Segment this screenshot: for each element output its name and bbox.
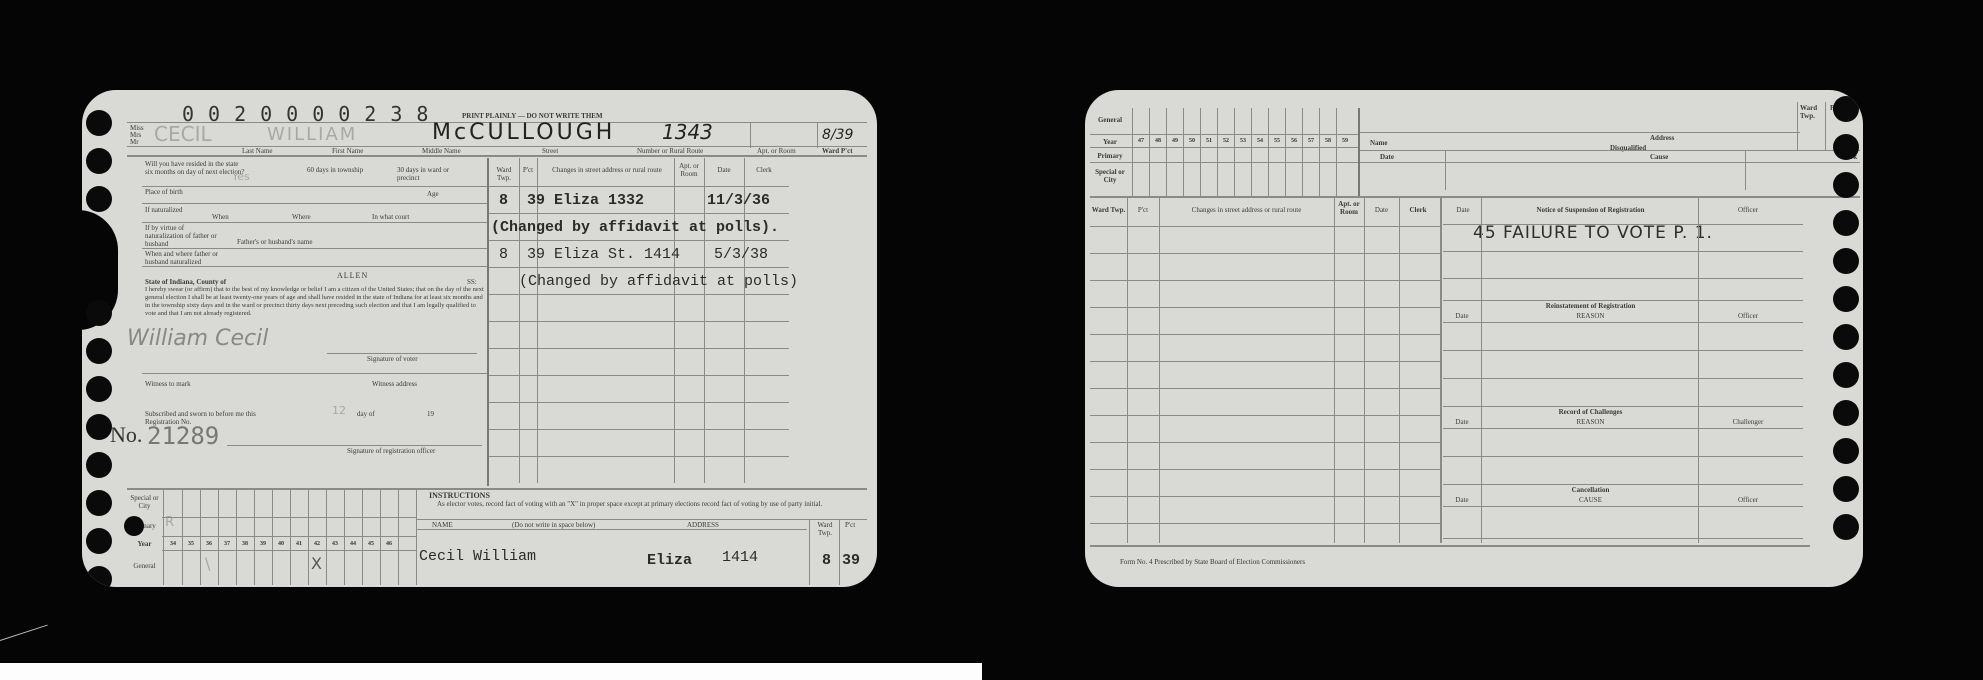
officer-signature-label: Signature of registration officer (347, 447, 435, 455)
year-54: 54 (1253, 138, 1267, 144)
year-41: 41 (291, 541, 307, 547)
voting-record-grid: Special or City Primary Year General R 3… (127, 490, 417, 585)
ward-label: Ward P'ct (822, 147, 853, 155)
stub-pct-label: P'ct (845, 521, 855, 529)
change-row-3-date: 5/3/38 (714, 246, 768, 263)
back-name-label: Name (1370, 139, 1388, 147)
punch-hole (86, 148, 112, 174)
when-label: When (212, 213, 229, 221)
year-49: 49 (1168, 138, 1182, 144)
voter-info-section: Will you have resided in the state six m… (127, 158, 487, 483)
ward-pct-handwritten: 8/39 (822, 127, 853, 143)
by-virtue-label: If by virtue of naturalization of father… (145, 224, 220, 248)
when-where-father-label: When and where father or husband natural… (145, 250, 235, 266)
year-35: 35 (183, 541, 199, 547)
punch-hole (1833, 324, 1859, 350)
back-cause-label: Cause (1650, 153, 1668, 161)
punch-hole (86, 338, 112, 364)
stub-pct: 39 (842, 552, 860, 569)
subscribed-label: Subscribed and sworn to before me this (145, 410, 256, 418)
back-ward-label: Ward Twp. (1800, 104, 1824, 120)
back-voting-grid: General Year Primary Special or City 47 … (1090, 108, 1360, 196)
back-row-general: General (1090, 116, 1130, 124)
state-county-label: State of Indiana, County of (145, 278, 226, 286)
change-row-1-address: 39 Eliza 1332 (527, 192, 644, 209)
house-number-handwritten: 1343 (662, 120, 713, 144)
suspension-col-notice: Notice of Suspension of Registration (1483, 206, 1698, 214)
year-36: 36 (201, 541, 217, 547)
suspension-col-officer: Officer (1698, 206, 1798, 214)
row-general: General (127, 562, 162, 570)
stub-voter-name: Cecil William (419, 548, 536, 565)
row-special: Special or City (127, 494, 162, 510)
year-50: 50 (1185, 138, 1199, 144)
apt-label: Apt. or Room (757, 147, 796, 155)
year-56: 56 (1287, 138, 1301, 144)
back-address-label: Address (1650, 134, 1674, 142)
punch-hole (86, 376, 112, 402)
punch-hole-small (124, 516, 144, 536)
col-changes: Changes in street address or rural route (537, 166, 677, 174)
year-59: 59 (1338, 138, 1352, 144)
change-row-1-ward: 8 (499, 192, 508, 209)
punch-hole (1833, 438, 1859, 464)
year-45: 45 (363, 541, 379, 547)
scan-artifact (0, 625, 48, 641)
day-of-label: day of (357, 410, 375, 418)
punch-hole (1833, 96, 1859, 122)
row-year: Year (127, 540, 162, 548)
scan-margin-bar (0, 663, 982, 680)
back-status-sections: Date Notice of Suspension of Registratio… (1443, 198, 1853, 543)
middle-name-handwritten: WILLIAM (267, 124, 357, 145)
stub-number: 1414 (722, 549, 758, 566)
cancellation-col-date: Date (1443, 496, 1481, 504)
honorific-mr: Mr (130, 138, 139, 146)
col-date: Date (704, 166, 744, 174)
voter-signature: William Cecil (127, 326, 268, 351)
suspension-col-date: Date (1443, 206, 1483, 214)
punch-hole (1833, 286, 1859, 312)
instructions-text: As elector votes, record fact of voting … (437, 500, 847, 508)
instructions-stub: INSTRUCTIONS As elector votes, record fa… (417, 490, 867, 585)
where-label: Where (292, 213, 311, 221)
reinstatement-title: Reinstatement of Registration (1483, 302, 1698, 310)
punch-hole (86, 528, 112, 554)
col-pct: P'ct (519, 166, 537, 174)
year-47: 47 (1134, 138, 1148, 144)
street-label: Street (542, 147, 558, 155)
reinstatement-col-reason: REASON (1483, 312, 1698, 320)
change-row-2-note: (Changed by affidavit at polls). (491, 219, 779, 236)
registration-card-front: 0020000238 PRINT PLAINLY — DO NOT WRITE … (82, 90, 877, 587)
general-mark-36: \ (205, 554, 210, 573)
punch-hole (1833, 210, 1859, 236)
stub-ward: 8 (822, 552, 831, 569)
subscribed-day: 12 (332, 404, 346, 417)
form-footer: Form No. 4 Prescribed by State Board of … (1120, 558, 1305, 566)
header-instruction: PRINT PLAINLY — DO NOT WRITE THEM (462, 112, 603, 120)
challenges-col-reason: REASON (1483, 418, 1698, 426)
change-row-3-ward: 8 (499, 246, 508, 263)
back-col-ward: Ward Twp. (1090, 206, 1127, 214)
first-name-handwritten: CECIL (154, 122, 212, 146)
year-51: 51 (1202, 138, 1216, 144)
year-57: 57 (1304, 138, 1318, 144)
stub-no-write: (Do not write in space below) (512, 521, 595, 529)
cancellation-title: Cancellation (1483, 486, 1698, 494)
stub-name-label: NAME (432, 521, 453, 529)
back-col-changes: Changes in street address or rural route (1159, 206, 1334, 214)
witness-address-label: Witness address (372, 380, 417, 388)
back-row-year: Year (1090, 138, 1130, 146)
cancellation-col-officer: Officer (1698, 496, 1798, 504)
back-col-pct: P'ct (1127, 206, 1159, 214)
last-name-label: Last Name (242, 147, 273, 155)
registration-number: 21289 (147, 422, 219, 450)
punch-hole (86, 490, 112, 516)
number-label: Number or Rural Route (637, 147, 703, 155)
year-48: 48 (1151, 138, 1165, 144)
punch-hole (1833, 514, 1859, 540)
ward-question: 30 days in ward or precinct (397, 166, 467, 182)
year-38: 38 (237, 541, 253, 547)
challenges-col-challenger: Challenger (1698, 418, 1798, 426)
instructions-title: INSTRUCTIONS (429, 492, 490, 500)
year-39: 39 (255, 541, 271, 547)
year-52: 52 (1219, 138, 1233, 144)
punch-hole (86, 300, 112, 326)
ss-label: SS: (467, 278, 477, 286)
change-row-3-address: 39 Eliza St. 1414 (527, 246, 680, 263)
general-mark-42: X (311, 554, 322, 573)
back-col-apt: Apt. or Room (1334, 200, 1364, 216)
year-34: 34 (165, 541, 181, 547)
challenges-title: Record of Challenges (1483, 408, 1698, 416)
residence-answer: Yes (232, 170, 250, 183)
punch-hole (1833, 134, 1859, 160)
change-row-4-note: (Changed by affidavit at polls) (519, 273, 798, 290)
reinstatement-col-officer: Officer (1698, 312, 1798, 320)
back-col-date: Date (1364, 206, 1399, 214)
year-44: 44 (345, 541, 361, 547)
change-row-1-date: 11/3/36 (707, 192, 770, 209)
stub-address-label: ADDRESS (687, 521, 719, 529)
punch-hole (86, 110, 112, 136)
fathers-name-label: Father's or husband's name (237, 238, 312, 246)
oath-text: I hereby swear (or affirm) that to the b… (145, 286, 485, 318)
year-55: 55 (1270, 138, 1284, 144)
punch-hole (86, 186, 112, 212)
address-changes-table: Ward Twp. P'ct Changes in street address… (489, 158, 867, 488)
stub-street: Eliza (647, 552, 692, 569)
court-label: In what court (372, 213, 409, 221)
year-label: 19 (427, 410, 434, 418)
year-43: 43 (327, 541, 343, 547)
signature-label: Signature of voter (367, 355, 418, 363)
cancellation-col-cause: CAUSE (1483, 496, 1698, 504)
suspension-stamp: 45 FAILURE TO VOTE P. 1. (1473, 223, 1713, 243)
township-question: 60 days in township (307, 166, 367, 174)
number-prefix: No. (110, 422, 142, 448)
middle-name-label: Middle Name (422, 147, 461, 155)
back-col-clerk: Clerk (1399, 206, 1437, 214)
year-37: 37 (219, 541, 235, 547)
first-name-label: First Name (332, 147, 363, 155)
punch-hole (86, 566, 112, 587)
reinstatement-col-date: Date (1443, 312, 1481, 320)
punch-hole (1833, 362, 1859, 388)
col-apt: Apt. or Room (674, 162, 704, 178)
punch-hole (1833, 400, 1859, 426)
back-row-special: Special or City (1090, 168, 1130, 184)
punch-hole (86, 414, 112, 440)
col-clerk: Clerk (744, 166, 784, 174)
witness-mark-label: Witness to mark (145, 380, 191, 388)
registration-card-back: General Year Primary Special or City 47 … (1085, 90, 1863, 587)
punch-hole (1833, 172, 1859, 198)
year-40: 40 (273, 541, 289, 547)
punch-hole (1833, 248, 1859, 274)
challenges-col-date: Date (1443, 418, 1481, 426)
back-address-changes-table: Ward Twp. P'ct Changes in street address… (1090, 198, 1470, 543)
birthplace-label: Place of birth (145, 188, 185, 196)
year-46: 46 (381, 541, 397, 547)
year-42: 42 (309, 541, 325, 547)
back-row-primary: Primary (1090, 152, 1130, 160)
punch-hole (86, 452, 112, 478)
county-value: ALLEN (337, 272, 368, 280)
naturalized-label: If naturalized (145, 206, 183, 214)
punch-hole (1833, 476, 1859, 502)
col-ward: Ward Twp. (489, 166, 519, 182)
residence-question: Will you have resided in the state six m… (145, 160, 245, 176)
year-53: 53 (1236, 138, 1250, 144)
back-date-label: Date (1380, 153, 1394, 161)
age-label: Age (427, 190, 439, 198)
year-58: 58 (1321, 138, 1335, 144)
street-handwritten: McCULLOUGH (432, 120, 615, 145)
stub-ward-label: Ward Twp. (812, 521, 838, 537)
